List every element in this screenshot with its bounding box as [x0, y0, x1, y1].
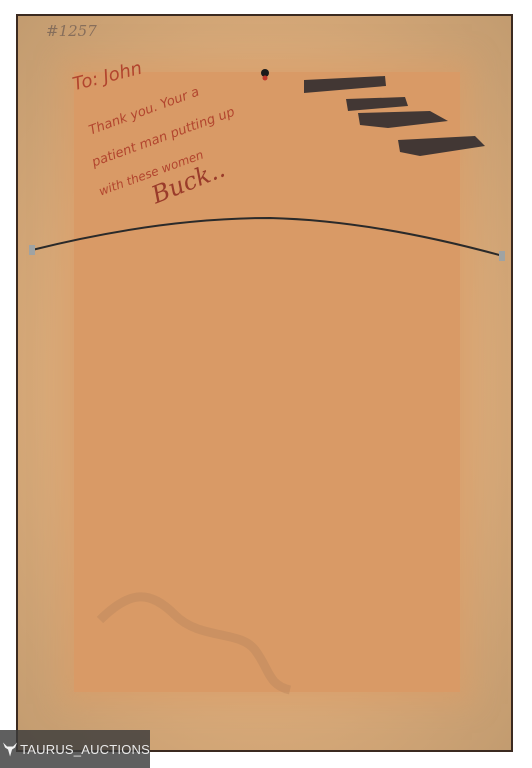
bull-head-icon: [2, 730, 18, 768]
hanging-wire: [32, 218, 503, 256]
markings-overlay: [0, 0, 532, 768]
water-stain: [100, 597, 290, 690]
watermark-label: TAURUS_AUCTIONS: [20, 742, 150, 757]
redaction-marks: [304, 76, 485, 156]
wire-screw-left: [29, 245, 35, 255]
pushpin-icon: [261, 69, 269, 81]
wire-screw-right: [499, 251, 505, 261]
watermark-bar: TAURUS_AUCTIONS: [0, 730, 150, 768]
